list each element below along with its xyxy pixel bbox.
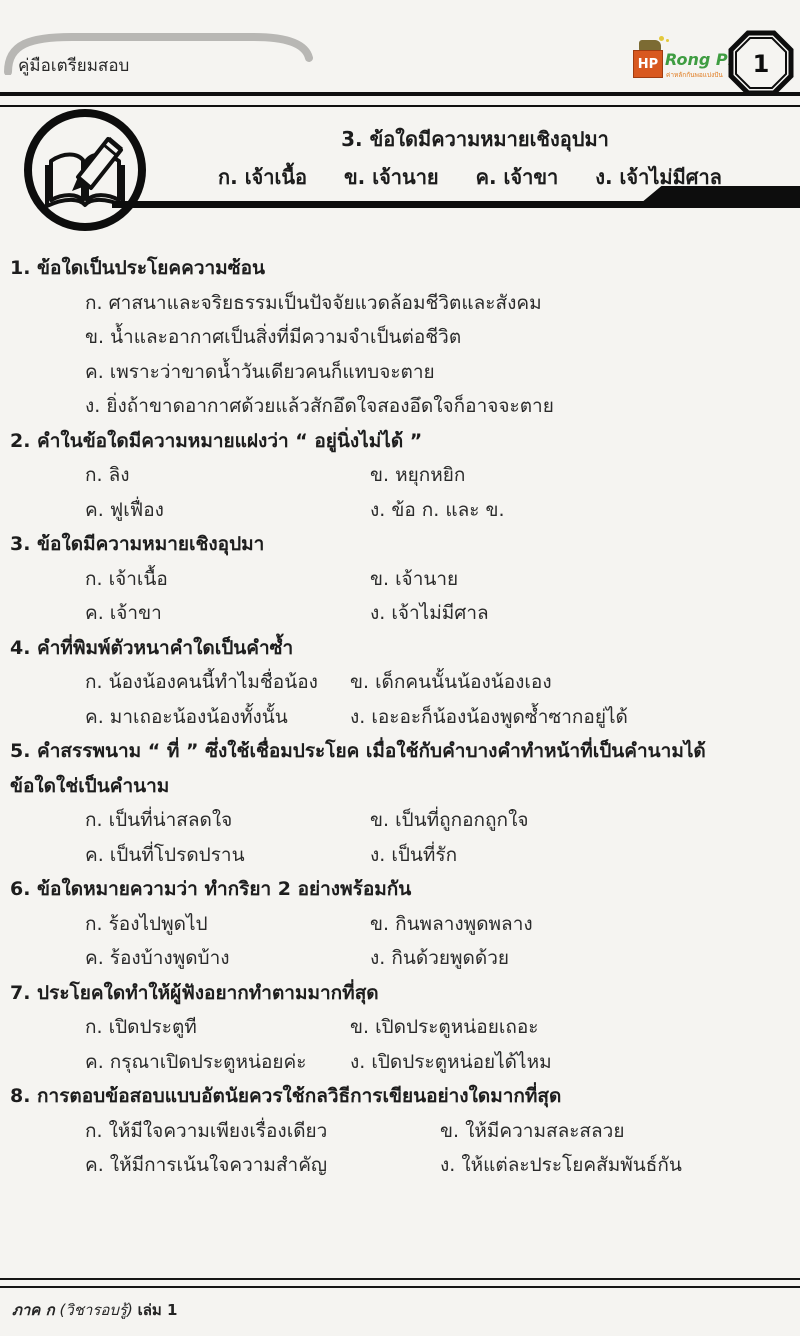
footer-subject: (วิชารอบรู้): [59, 1301, 132, 1319]
question-8: 8. การตอบข้อสอบแบบอัตนัยควรใช้กลวิธีการเ…: [10, 1079, 790, 1183]
question-text: 6. ข้อใดหมายความว่า ทำกริยา 2 อย่างพร้อม…: [10, 872, 790, 907]
options: ก. น้องน้องคนนี้ทำไมชื่อน้อง ข. เด็กคนนั…: [85, 665, 790, 734]
question-text: 1. ข้อใดเป็นประโยคความซ้อน: [10, 251, 790, 286]
option-c: ค. เจ้าขา: [85, 596, 370, 631]
spark-icon: [659, 36, 664, 41]
footer-divider: [0, 1278, 800, 1288]
option-a: ก. เจ้าเนื้อ: [85, 562, 370, 597]
option-b: ข. เจ้านาย: [370, 562, 790, 597]
option-c: ค. ฟูเฟื่อง: [85, 493, 370, 528]
footer-label: ภาค ก (วิชารอบรู้) เล่ม 1: [0, 1288, 800, 1322]
option-a: ก. ให้มีใจความเพียงเรื่องเดียว: [85, 1114, 440, 1149]
page-footer: ภาค ก (วิชารอบรู้) เล่ม 1: [0, 1278, 800, 1322]
question-5: 5. คำสรรพนาม “ ที่ ” ซึ่งใช้เชื่อมประโยค…: [10, 734, 790, 872]
option-b: ข. หยุกหยิก: [370, 458, 790, 493]
options: ก. เจ้าเนื้อ ข. เจ้านาย ค. เจ้าขา ง. เจ้…: [85, 562, 790, 631]
book-pencil-icon: [20, 105, 150, 235]
example-banner: 3. ข้อใดมีความหมายเชิงอุปมา ก. เจ้าเนื้อ…: [0, 105, 800, 245]
option-a: ก. เปิดประตูที: [85, 1010, 350, 1045]
option-b: ข. กินพลางพูดพลาง: [370, 907, 790, 942]
option-d: ง. ยิ่งถ้าขาดอากาศด้วยแล้วสักอึดใจสองอึด…: [85, 389, 790, 424]
option-d: ง. ให้แต่ละประโยคสัมพันธ์กัน: [440, 1148, 790, 1183]
question-text: 3. ข้อใดมีความหมายเชิงอุปมา: [10, 527, 790, 562]
option-d: ง. เอะอะก็น้องน้องพูดซ้ำซากอยู่ได้: [350, 700, 790, 735]
footer-section: ภาค ก: [12, 1301, 55, 1319]
option-a: ก. เป็นที่น่าสลดใจ: [85, 803, 370, 838]
option-b: ข. เปิดประตูหน่อยเถอะ: [350, 1010, 790, 1045]
question-text-line2: ข้อใดใช่เป็นคำนาม: [10, 769, 790, 804]
option-b: ข. เป็นที่ถูกอกถูกใจ: [370, 803, 790, 838]
options: ก. ให้มีใจความเพียงเรื่องเดียว ข. ให้มีค…: [85, 1114, 790, 1183]
question-1: 1. ข้อใดเป็นประโยคความซ้อน ก. ศาสนาและจร…: [10, 251, 790, 424]
question-text: 5. คำสรรพนาม “ ที่ ” ซึ่งใช้เชื่อมประโยค…: [10, 734, 790, 769]
option-d: ง. เจ้าไม่มีศาล: [370, 596, 790, 631]
option-d: ง. เปิดประตูหน่อยได้ไหม: [350, 1045, 790, 1080]
document-page: คู่มือเตรียมสอบ HP Rong Phai ค่าหลักกันพ…: [0, 0, 800, 1336]
options: ก. ศาสนาและจริยธรรมเป็นปัจจัยแวดล้อมชีวิ…: [85, 286, 790, 424]
option-a: ก. ร้องไปพูดไป: [85, 907, 370, 942]
option-d: ง. เป็นที่รัก: [370, 838, 790, 873]
option-c: ค. เป็นที่โปรดปราน: [85, 838, 370, 873]
question-4: 4. คำที่พิมพ์ตัวหนาคำใดเป็นคำซ้ำ ก. น้อง…: [10, 631, 790, 735]
logo-hp-mark: HP: [633, 50, 663, 78]
options: ก. ร้องไปพูดไป ข. กินพลางพูดพลาง ค. ร้อง…: [85, 907, 790, 976]
logo-tagline: ค่าหลักกันพอแบ่งปัน: [666, 70, 723, 80]
question-text: 2. คำในข้อใดมีความหมายแฝงว่า “ อยู่นิ่งไ…: [10, 424, 790, 459]
footer-volume: เล่ม 1: [138, 1301, 178, 1319]
page-header: คู่มือเตรียมสอบ HP Rong Phai ค่าหลักกันพ…: [0, 0, 800, 105]
option-c: ค. เพราะว่าขาดน้ำวันเดียวคนก็แทบจะตาย: [85, 355, 790, 390]
option-b: ข. เด็กคนนั้นน้องน้องเอง: [350, 665, 790, 700]
option-a: ก. ศาสนาและจริยธรรมเป็นปัจจัยแวดล้อมชีวิ…: [85, 286, 790, 321]
options: ก. เป็นที่น่าสลดใจ ข. เป็นที่ถูกอกถูกใจ …: [85, 803, 790, 872]
question-7: 7. ประโยคใดทำให้ผู้ฟังอยากทำตามมากที่สุด…: [10, 976, 790, 1080]
page-number: 1: [753, 50, 770, 78]
option-a: ก. ลิง: [85, 458, 370, 493]
banner-wedge: [635, 186, 800, 208]
question-text: 4. คำที่พิมพ์ตัวหนาคำใดเป็นคำซ้ำ: [10, 631, 790, 666]
question-text: 7. ประโยคใดทำให้ผู้ฟังอยากทำตามมากที่สุด: [10, 976, 790, 1011]
example-question-title: 3. ข้อใดมีความหมายเชิงอุปมา: [170, 123, 780, 155]
booklet-title: คู่มือเตรียมสอบ: [18, 52, 129, 79]
options: ก. ลิง ข. หยุกหยิก ค. ฟูเฟื่อง ง. ข้อ ก.…: [85, 458, 790, 527]
question-2: 2. คำในข้อใดมีความหมายแฝงว่า “ อยู่นิ่งไ…: [10, 424, 790, 528]
example-choice: ค. เจ้าขา: [476, 165, 559, 189]
option-b: ข. ให้มีความสละสลวย: [440, 1114, 790, 1149]
option-c: ค. มาเถอะน้องน้องทั้งนั้น: [85, 700, 350, 735]
page-number-badge: 1: [728, 30, 794, 96]
question-6: 6. ข้อใดหมายความว่า ทำกริยา 2 อย่างพร้อม…: [10, 872, 790, 976]
question-list: 1. ข้อใดเป็นประโยคความซ้อน ก. ศาสนาและจร…: [0, 245, 800, 1183]
option-c: ค. กรุณาเปิดประตูหน่อยค่ะ: [85, 1045, 350, 1080]
option-d: ง. กินด้วยพูดด้วย: [370, 941, 790, 976]
example-choice: ข. เจ้านาย: [344, 165, 439, 189]
option-a: ก. น้องน้องคนนี้ทำไมชื่อน้อง: [85, 665, 350, 700]
question-text: 8. การตอบข้อสอบแบบอัตนัยควรใช้กลวิธีการเ…: [10, 1079, 790, 1114]
option-b: ข. น้ำและอากาศเป็นสิ่งที่มีความจำเป็นต่อ…: [85, 320, 790, 355]
option-c: ค. ให้มีการเน้นใจความสำคัญ: [85, 1148, 440, 1183]
option-c: ค. ร้องบ้างพูดบ้าง: [85, 941, 370, 976]
option-d: ง. ข้อ ก. และ ข.: [370, 493, 790, 528]
question-3: 3. ข้อใดมีความหมายเชิงอุปมา ก. เจ้าเนื้อ…: [10, 527, 790, 631]
example-choice: ง. เจ้าไม่มีศาล: [595, 165, 722, 189]
options: ก. เปิดประตูที ข. เปิดประตูหน่อยเถอะ ค. …: [85, 1010, 790, 1079]
example-choice: ก. เจ้าเนื้อ: [218, 165, 307, 189]
